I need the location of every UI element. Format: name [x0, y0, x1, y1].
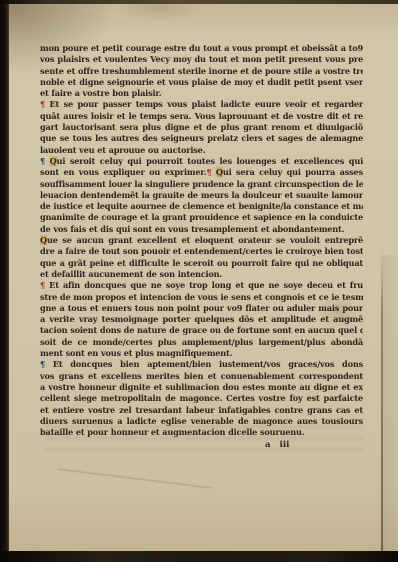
pilcrow-icon: ¶ — [40, 156, 50, 166]
text-segment: a vostre honneur dignite et sublimacion … — [40, 382, 363, 392]
text-line: Que se aucun grant excellent et eloquent… — [40, 235, 363, 246]
text-segment: ue se aucun grant excellent et eloquent … — [47, 235, 363, 245]
text-segment: bataille et pour honneur et augmentacion… — [40, 427, 304, 437]
text-block: mon poure et petit courage estre du tout… — [40, 43, 363, 438]
text-segment: soit de ce monde/certes plus amplement/p… — [40, 337, 363, 347]
text-line: ¶ Qui seroit celuy qui pourroit toutes l… — [40, 156, 363, 167]
text-line: de iustice et lequite aournee de clemenc… — [40, 201, 363, 212]
text-line: vos grans et excellens merites bien et c… — [40, 371, 363, 382]
text-line: gnanimite de courage et la grant prouide… — [40, 212, 363, 223]
text-line: a vostre honneur dignite et sublimacion … — [40, 382, 363, 393]
text-segment: Et afin doncques que ne soye trop long e… — [49, 280, 363, 290]
page-edge-shade — [383, 255, 398, 551]
text-segment: que a grãt peine et difficulte le sceroi… — [40, 258, 363, 268]
text-segment: sente et offre treshumblement sterile in… — [40, 66, 363, 76]
text-segment: Et se pour passer temps vous plaist ladi… — [50, 99, 364, 109]
text-segment: diuers suruenus a ladicte eglise venerab… — [40, 416, 363, 426]
text-line: bataille et pour honneur et augmentacion… — [40, 427, 363, 438]
text-line: noble et digne seignourie et vous plaise… — [40, 77, 363, 88]
text-line: ment sont en vous et plus magnifiquement… — [40, 348, 363, 359]
text-line: ¶ Et afin doncques que ne soye trop long… — [40, 280, 363, 291]
text-line: gart lauctorisant sera plus digne et de … — [40, 122, 363, 133]
text-line: sente et offre treshumblement sterile in… — [40, 66, 363, 77]
pilcrow-icon: ¶ — [40, 99, 50, 109]
pilcrow-icon: ¶ — [40, 280, 49, 290]
paper-scratch — [58, 469, 212, 489]
text-segment: Et doncques bien aptement/bien iustement… — [53, 359, 363, 369]
text-segment: vos plaisirs et voulentes Vecy moy du to… — [40, 54, 363, 64]
text-segment: ui sera celuy qui pourra asses — [223, 167, 363, 177]
text-segment: ment sont en vous et plus magnifiquement… — [40, 348, 232, 358]
text-segment: vos grans et excellens merites bien et c… — [40, 371, 363, 381]
pilcrow-icon: ¶ — [206, 167, 216, 177]
text-segment: et faire a vostre bon plaisir. — [40, 88, 161, 98]
text-segment: que se tous les autres des seigneurs pre… — [40, 133, 363, 143]
text-line: mon poure et petit courage estre du tout… — [40, 43, 363, 54]
text-segment: Q — [216, 167, 223, 177]
text-segment: noble et digne seignourie et vous plaise… — [40, 77, 363, 87]
text-segment: ui seroit celuy qui pourroit toutes les … — [57, 156, 363, 166]
text-line: diuers suruenus a ladicte eglise venerab… — [40, 416, 363, 427]
text-segment: et defaillit aucunement de son intencion… — [40, 269, 222, 279]
text-line: dre a faire de tout son pouoir et entend… — [40, 246, 363, 257]
text-segment: et entiere vostre zel tresardant labeur … — [40, 405, 363, 415]
text-line: souffisamment louer la singuliere pruden… — [40, 179, 363, 190]
text-line: ¶ Et doncques bien aptement/bien iusteme… — [40, 359, 363, 370]
text-segment: a verite vray tesmoignage porter quelque… — [40, 314, 363, 324]
text-segment: lauoient veu et aprouue ou auctorise. — [40, 145, 205, 155]
text-segment: de vos fais et dis qui sont en vous tres… — [40, 224, 344, 234]
text-line: que a grãt peine et difficulte le sceroi… — [40, 258, 363, 269]
text-line: et faire a vostre bon plaisir. — [40, 88, 363, 99]
text-segment: gnanimite de courage et la grant prouide… — [40, 212, 363, 222]
text-line: et entiere vostre zel tresardant labeur … — [40, 405, 363, 416]
text-segment: gart lauctorisant sera plus digne et de … — [40, 122, 363, 132]
text-line: et defaillit aucunement de son intencion… — [40, 269, 363, 280]
book-gutter-edge — [0, 0, 9, 562]
text-segment: cellent siege metropolitain de magonce. … — [40, 393, 363, 403]
text-line: gne a tous et enuers tous non point pour… — [40, 303, 363, 314]
text-segment: dre a faire de tout son pouoir et entend… — [40, 246, 363, 256]
text-line: tacion soient dons de nature de grace ou… — [40, 325, 363, 336]
text-line: soit de ce monde/certes plus amplement/p… — [40, 337, 363, 348]
text-line: leuacion dentendemẽt la grauite de meurs… — [40, 190, 363, 201]
text-segment: leuacion dentendemẽt la grauite de meurs… — [40, 190, 363, 200]
text-line: vos plaisirs et voulentes Vecy moy du to… — [40, 54, 363, 65]
text-segment: tacion soient dons de nature de grace ou… — [40, 325, 363, 335]
text-line: quãt aures loisir et le temps sera. Vous… — [40, 111, 363, 122]
text-segment: Q — [40, 235, 47, 245]
text-line: que se tous les autres des seigneurs pre… — [40, 133, 363, 144]
book-top-edge — [0, 0, 398, 4]
text-segment: de iustice et lequite aournee de clemenc… — [40, 201, 363, 211]
text-line: a verite vray tesmoignage porter quelque… — [40, 314, 363, 325]
text-line: cellent siege metropolitain de magonce. … — [40, 393, 363, 404]
pilcrow-icon: ¶ — [40, 359, 53, 369]
book-bottom-edge — [0, 551, 398, 562]
text-segment: quãt aures loisir et le temps sera. Vous… — [40, 111, 363, 121]
text-line: lauoient veu et aprouue ou auctorise. — [40, 145, 363, 156]
text-line: ¶ Et se pour passer temps vous plaist la… — [40, 99, 363, 110]
text-line: de vos fais et dis qui sont en vous tres… — [40, 224, 363, 235]
text-segment: stre de mon propos et intencion de vous … — [40, 292, 363, 302]
text-segment: sont en vous expliquer ou exprimer. — [40, 167, 206, 177]
text-segment: souffisamment louer la singuliere pruden… — [40, 179, 363, 189]
book-page: mon poure et petit courage estre du tout… — [9, 4, 398, 551]
text-segment: gne a tous et enuers tous non point pour… — [40, 303, 363, 313]
text-segment: Q — [50, 156, 57, 166]
text-segment: mon poure et petit courage estre du tout… — [40, 43, 363, 53]
text-line: stre de mon propos et intencion de vous … — [40, 292, 363, 303]
text-line: sont en vous expliquer ou exprimer.¶ Qui… — [40, 167, 363, 178]
